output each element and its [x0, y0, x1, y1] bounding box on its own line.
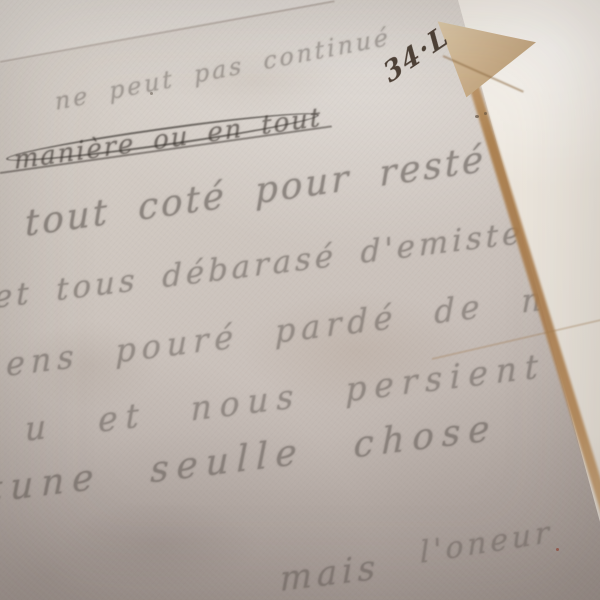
stain	[60, 500, 260, 590]
manuscript-photo: ne peut pas continué manière ou en tout …	[0, 0, 600, 600]
red-speck	[556, 548, 559, 551]
ink-speck	[484, 112, 487, 115]
ink-speck	[150, 92, 153, 95]
ink-speck	[475, 115, 479, 118]
